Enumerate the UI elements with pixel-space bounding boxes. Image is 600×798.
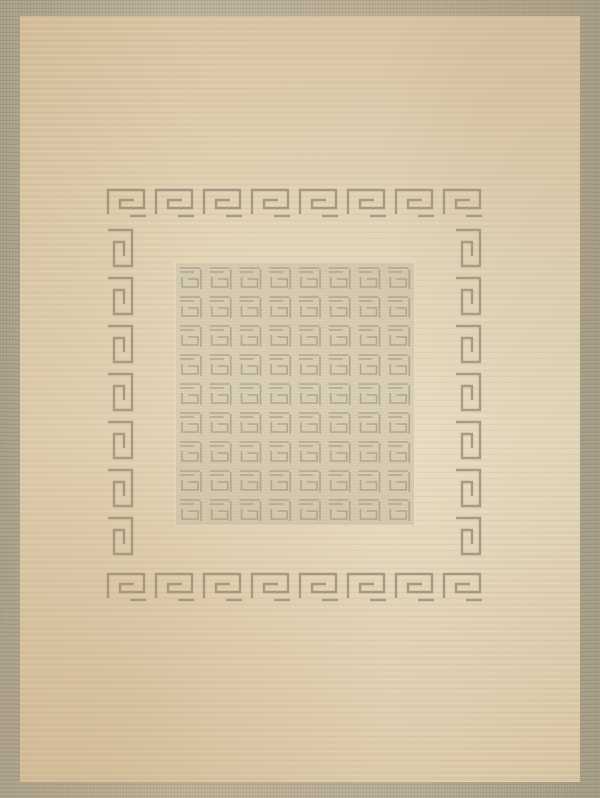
rug <box>0 0 600 798</box>
center-field <box>176 263 414 525</box>
lattice-motif-icon <box>176 263 414 525</box>
